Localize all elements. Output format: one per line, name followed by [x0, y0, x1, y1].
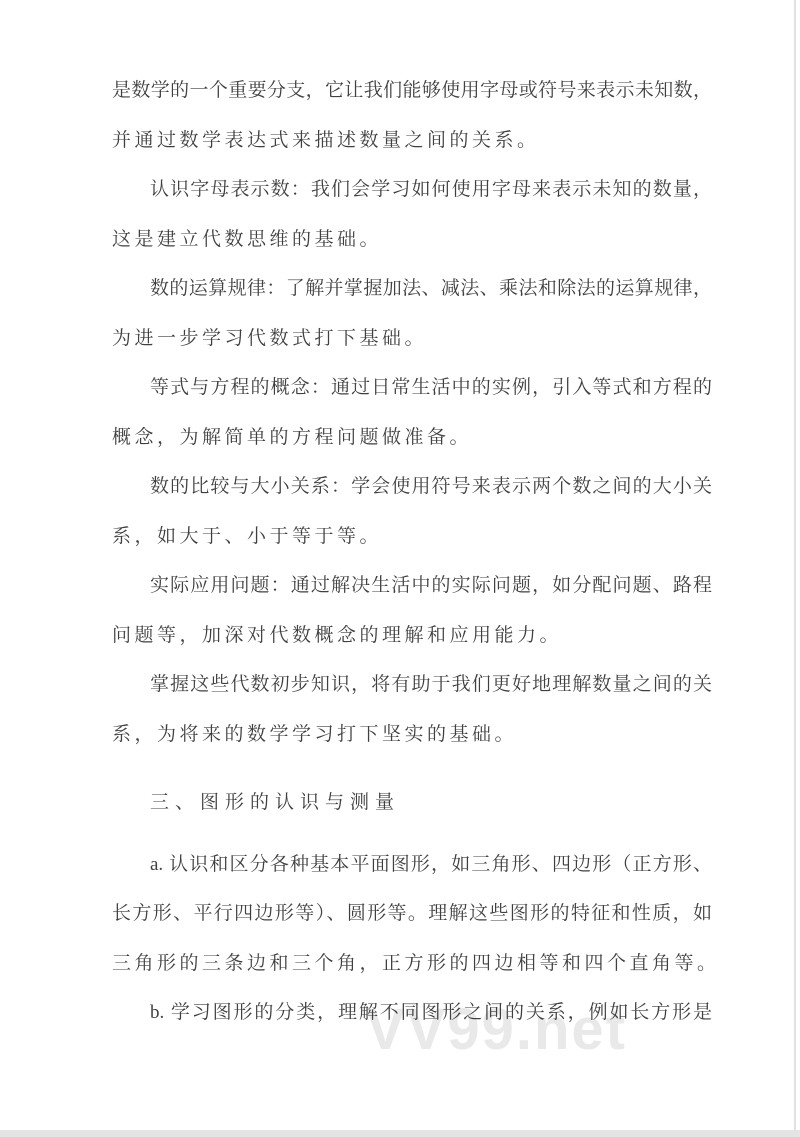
text-line: b. 学习图形的分类，理解不同图形之间的关系，例如长方形是 — [112, 988, 712, 1038]
page-bottom-edge — [0, 1130, 800, 1137]
text-line: 认识字母表示数：我们会学习如何使用字母来表示未知的数量， — [112, 165, 712, 215]
document-body: 是数学的一个重要分支，它让我们能够使用字母或符号来表示未知数， 并通过数学表达式… — [0, 0, 800, 1038]
text-line: 实际应用问题：通过解决生活中的实际问题，如分配问题、路程 — [112, 561, 712, 611]
text-line: 系，为将来的数学学习打下坚实的基础。 — [112, 710, 712, 760]
text-line: 问题等，加深对代数概念的理解和应用能力。 — [112, 611, 712, 661]
text-line: 这是建立代数思维的基础。 — [112, 215, 712, 265]
text-line: 等式与方程的概念：通过日常生活中的实例，引入等式和方程的 — [112, 363, 712, 413]
text-line: 概念，为解简单的方程问题做准备。 — [112, 413, 712, 463]
page-right-edge — [794, 0, 796, 1137]
document-page: VV99.net 是数学的一个重要分支，它让我们能够使用字母或符号来表示未知数，… — [0, 0, 800, 1137]
text-line: 为进一步学习代数式打下基础。 — [112, 314, 712, 364]
text-line: 三角形的三条边和三个角，正方形的四边相等和四个直角等。 — [112, 939, 712, 989]
text-line: 系，如大于、小于等于等。 — [112, 512, 712, 562]
text-line: 掌握这些代数初步知识，将有助于我们更好地理解数量之间的关 — [112, 660, 712, 710]
text-line: 长方形、平行四边形等）、圆形等。理解这些图形的特征和性质，如 — [112, 889, 712, 939]
text-line: 是数学的一个重要分支，它让我们能够使用字母或符号来表示未知数， — [112, 66, 712, 116]
text-line: 并通过数学表达式来描述数量之间的关系。 — [112, 116, 712, 166]
text-line: 数的运算规律：了解并掌握加法、减法、乘法和除法的运算规律， — [112, 264, 712, 314]
section-heading: 三、图形的认识与测量 — [112, 778, 712, 828]
text-line: 数的比较与大小关系：学会使用符号来表示两个数之间的大小关 — [112, 462, 712, 512]
text-line: a. 认识和区分各种基本平面图形，如三角形、四边形（正方形、 — [112, 840, 712, 890]
